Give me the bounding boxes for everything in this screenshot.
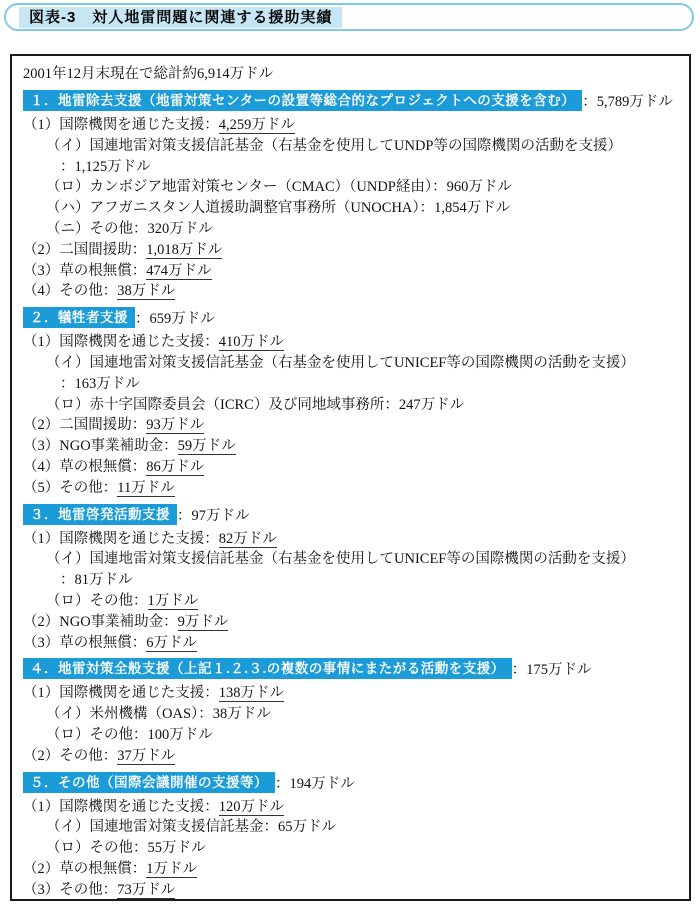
line-value-underlined: 86万ドル [146, 459, 204, 476]
line-value-underlined: 138万ドル [219, 685, 284, 702]
detail-line: （2）二国間援助：1,018万ドル [23, 240, 683, 261]
section-title-bar: ３．地雷啓発活動支援 [23, 504, 177, 525]
line-value-underlined: 73万ドル [117, 882, 175, 899]
detail-line: （2）NGO事業補助金：9万ドル [23, 612, 683, 633]
line-text: （イ）国連地雷対策支援信託基金（右基金を使用してUNICEF等の国際機関の活動を… [46, 551, 635, 567]
detail-line: （ロ）その他：100万ドル [23, 725, 683, 746]
line-value-underlined: 9万ドル [178, 614, 229, 631]
section-header-row: ５．その他（国際会議開催の支援等）：194万ドル [23, 772, 683, 793]
detail-line: （1）国際機関を通じた支援：82万ドル [23, 529, 683, 550]
figure-title-pill: 図表-3 対人地雷問題に関連する援助実績 [4, 3, 694, 31]
line-text: （ロ）カンボジア地雷対策センター（CMAC）（UNDP経由）：960万ドル [46, 179, 512, 195]
line-value-underlined: 93万ドル [146, 417, 204, 434]
detail-line: （イ）国連地雷対策支援信託基金（右基金を使用してUNICEF等の国際機関の活動を… [23, 353, 683, 374]
line-text: （1）国際機関を通じた支援： [23, 799, 219, 815]
section-total: ：659万ドル [135, 311, 215, 327]
detail-line: （ハ）アフガニスタン人道援助調整官事務所（UNOCHA）：1,854万ドル [23, 198, 683, 219]
detail-line: （4）草の根無償：86万ドル [23, 457, 683, 478]
line-text: （ハ）アフガニスタン人道援助調整官事務所（UNOCHA）：1,854万ドル [46, 200, 510, 216]
detail-line: （ロ）カンボジア地雷対策センター（CMAC）（UNDP経由）：960万ドル [23, 177, 683, 198]
detail-line: （1）国際機関を通じた支援：4,259万ドル [23, 115, 683, 136]
detail-line: ：81万ドル [23, 570, 683, 591]
line-text: （2）草の根無償： [23, 861, 146, 877]
line-value-underlined: 59万ドル [178, 438, 236, 455]
line-text: （2）二国間援助： [23, 417, 146, 433]
detail-line: （2）二国間援助：93万ドル [23, 415, 683, 436]
section-header-row: １．地雷除去支援（地雷対策センターの設置等総合的なプロジェクトへの支援を含む）：… [23, 90, 683, 111]
detail-line: （イ）米州機構（OAS）：38万ドル [23, 704, 683, 725]
detail-line: （1）国際機関を通じた支援：120万ドル [23, 797, 683, 818]
detail-line: （2）その他：37万ドル [23, 746, 683, 767]
content-box: 2001年12月末現在で総計約6,914万ドル １．地雷除去支援（地雷対策センタ… [10, 54, 691, 901]
figure-title: 図表-3 対人地雷問題に関連する援助実績 [19, 7, 342, 28]
line-text: ：163万ドル [60, 376, 140, 392]
detail-line: （2）草の根無償：1万ドル [23, 859, 683, 880]
line-text: （イ）国連地雷対策支援信託基金：65万ドル [46, 819, 336, 835]
line-value-underlined: 120万ドル [219, 799, 284, 816]
line-text: （ロ）赤十字国際委員会（ICRC）及び同地域事務所：247万ドル [46, 397, 464, 413]
line-text: （2）その他： [23, 748, 117, 764]
section: ４．地雷対策全般支援（上記１.２.３.の複数の事情にまたがる活動を支援）：175… [23, 658, 683, 766]
detail-line: ：163万ドル [23, 374, 683, 395]
line-text: （1）国際機関を通じた支援： [23, 117, 219, 133]
summary-line: 2001年12月末現在で総計約6,914万ドル [23, 64, 683, 85]
section-total: ：5,789万ドル [582, 94, 673, 110]
section-title-bar: １．地雷除去支援（地雷対策センターの設置等総合的なプロジェクトへの支援を含む） [23, 90, 582, 111]
line-text: （イ）国連地雷対策支援信託基金（右基金を使用してUNICEF等の国際機関の活動を… [46, 355, 635, 371]
line-text: （3）NGO事業補助金： [23, 438, 178, 454]
section: ３．地雷啓発活動支援：97万ドル（1）国際機関を通じた支援：82万ドル（イ）国連… [23, 504, 683, 654]
line-value-underlined: 37万ドル [117, 748, 175, 765]
detail-line: （ロ）赤十字国際委員会（ICRC）及び同地域事務所：247万ドル [23, 395, 683, 416]
line-text: （2）二国間援助： [23, 242, 146, 258]
line-text: （ロ）その他： [46, 593, 148, 609]
detail-line: （5）その他：11万ドル [23, 478, 683, 499]
line-text: （イ）米州機構（OAS）：38万ドル [46, 706, 271, 722]
line-text: （1）国際機関を通じた支援： [23, 685, 219, 701]
section-title-bar: ５．その他（国際会議開催の支援等） [23, 772, 275, 793]
line-value-underlined: 1,018万ドル [146, 242, 222, 259]
section-header-row: ３．地雷啓発活動支援：97万ドル [23, 504, 683, 525]
line-value-underlined: 82万ドル [219, 531, 277, 548]
section-header-row: ４．地雷対策全般支援（上記１.２.３.の複数の事情にまたがる活動を支援）：175… [23, 658, 683, 679]
line-text: （2）NGO事業補助金： [23, 614, 178, 630]
section: ５．その他（国際会議開催の支援等）：194万ドル（1）国際機関を通じた支援：12… [23, 772, 683, 901]
line-text: ：81万ドル [60, 572, 133, 588]
section: ２．犠牲者支援：659万ドル（1）国際機関を通じた支援：410万ドル（イ）国連地… [23, 307, 683, 498]
section-total: ：175万ドル [512, 662, 592, 678]
line-text: （3）草の根無償： [23, 263, 146, 279]
line-text: （イ）国連地雷対策支援信託基金（右基金を使用してUNDP等の国際機関の活動を支援… [46, 138, 622, 154]
line-text: （1）国際機関を通じた支援： [23, 531, 219, 547]
detail-line: （3）草の根無償：6万ドル [23, 633, 683, 654]
detail-line: （4）その他：38万ドル [23, 281, 683, 302]
section-total: ：97万ドル [177, 508, 250, 524]
detail-line: （1）国際機関を通じた支援：410万ドル [23, 332, 683, 353]
detail-line: （3）その他：73万ドル [23, 880, 683, 901]
line-value-underlined: 6万ドル [146, 635, 197, 652]
detail-line: （ロ）その他：55万ドル [23, 838, 683, 859]
detail-line: （イ）国連地雷対策支援信託基金（右基金を使用してUNICEF等の国際機関の活動を… [23, 549, 683, 570]
line-text: （5）その他： [23, 480, 117, 496]
line-text: （1）国際機関を通じた支援： [23, 334, 219, 350]
line-text: （4）その他： [23, 283, 117, 299]
line-text: （4）草の根無償： [23, 459, 146, 475]
detail-line: ：1,125万ドル [23, 157, 683, 178]
line-value-underlined: 38万ドル [117, 283, 175, 300]
line-text: （ロ）その他：100万ドル [46, 727, 213, 743]
line-value-underlined: 474万ドル [146, 263, 211, 280]
line-text: （3）草の根無償： [23, 635, 146, 651]
detail-line: （1）国際機関を通じた支援：138万ドル [23, 683, 683, 704]
section-header-row: ２．犠牲者支援：659万ドル [23, 307, 683, 328]
line-value-underlined: 4,259万ドル [219, 117, 295, 134]
section-title-bar: ２．犠牲者支援 [23, 307, 135, 328]
line-value-underlined: 11万ドル [117, 480, 174, 497]
line-text: （ニ）その他：320万ドル [46, 221, 213, 237]
line-value-underlined: 410万ドル [219, 334, 284, 351]
section-title-bar: ４．地雷対策全般支援（上記１.２.３.の複数の事情にまたがる活動を支援） [23, 658, 512, 679]
detail-line: （ロ）その他：1万ドル [23, 591, 683, 612]
sections-container: １．地雷除去支援（地雷対策センターの設置等総合的なプロジェクトへの支援を含む）：… [23, 90, 683, 901]
detail-line: （3）草の根無償：474万ドル [23, 261, 683, 282]
detail-line: （イ）国連地雷対策支援信託基金：65万ドル [23, 817, 683, 838]
line-text: ：1,125万ドル [60, 159, 151, 175]
detail-line: （3）NGO事業補助金：59万ドル [23, 436, 683, 457]
line-text: （ロ）その他：55万ドル [46, 840, 206, 856]
line-text: （3）その他： [23, 882, 117, 898]
line-value-underlined: 1万ドル [148, 593, 199, 610]
detail-line: （イ）国連地雷対策支援信託基金（右基金を使用してUNDP等の国際機関の活動を支援… [23, 136, 683, 157]
detail-line: （ニ）その他：320万ドル [23, 219, 683, 240]
section-total: ：194万ドル [275, 776, 355, 792]
line-value-underlined: 1万ドル [146, 861, 197, 878]
section: １．地雷除去支援（地雷対策センターの設置等総合的なプロジェクトへの支援を含む）：… [23, 90, 683, 302]
